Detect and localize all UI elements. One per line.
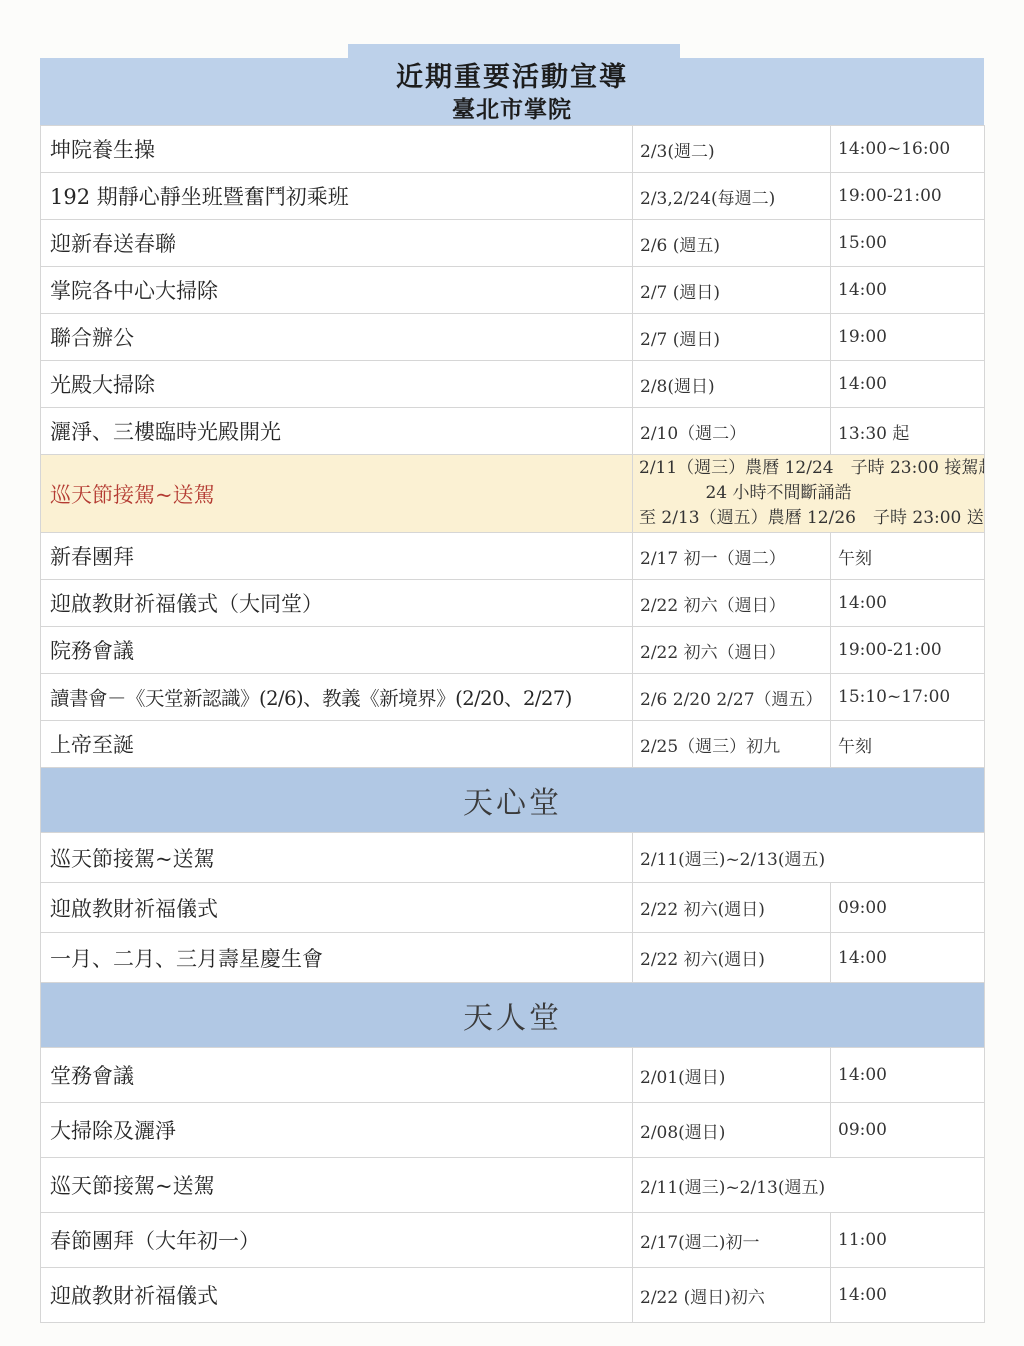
time-cell: 14:00 — [831, 1048, 985, 1103]
page-header: 近期重要活動宣導 臺北市掌院 — [40, 58, 984, 125]
event-cell: 巡天節接駕~送駕 — [41, 833, 633, 883]
event-cell: 坤院養生操 — [41, 126, 633, 173]
event-cell: 讀書會－《天堂新認識》(2/6)、教義《新境界》(2/20、2/27) — [41, 674, 633, 721]
table-row: 一月、二月、三月壽星慶生會2/22 初六(週日)14:00 — [41, 933, 985, 983]
event-cell: 光殿大掃除 — [41, 361, 633, 408]
time-cell: 14:00 — [831, 267, 985, 314]
date-cell: 2/7 (週日) — [633, 267, 831, 314]
date-cell: 2/01(週日) — [633, 1048, 831, 1103]
date-cell: 2/22 初六(週日) — [633, 933, 831, 983]
event-cell: 上帝至誕 — [41, 721, 633, 768]
date-cell: 2/08(週日) — [633, 1103, 831, 1158]
date-cell: 2/17 初一（週二） — [633, 533, 831, 580]
table-row: 192 期靜心靜坐班暨奮鬥初乘班2/3,2/24(每週二)19:00-21:00 — [41, 173, 985, 220]
table-row: 迎新春送春聯2/6 (週五)15:00 — [41, 220, 985, 267]
table-row: 新春團拜2/17 初一（週二）午刻 — [41, 533, 985, 580]
page-subtitle: 臺北市掌院 — [40, 96, 984, 123]
date-cell: 2/6 2/20 2/27（週五） — [633, 674, 831, 721]
date-cell: 2/7 (週日) — [633, 314, 831, 361]
event-cell: 巡天節接駕~送駕 — [41, 455, 633, 533]
date-cell: 2/3,2/24(每週二) — [633, 173, 831, 220]
detail-line: 至 2/13（週五）農曆 12/26 子時 23:00 送駕 — [634, 506, 983, 531]
date-cell: 2/10（週二） — [633, 408, 831, 455]
event-cell: 大掃除及灑淨 — [41, 1103, 633, 1158]
table-row: 迎啟教財祈福儀式2/22 初六(週日)09:00 — [41, 883, 985, 933]
table-row: 讀書會－《天堂新認識》(2/6)、教義《新境界》(2/20、2/27)2/6 2… — [41, 674, 985, 721]
time-cell: 09:00 — [831, 883, 985, 933]
time-cell: 19:00-21:00 — [831, 627, 985, 674]
table-row: 光殿大掃除2/8(週日)14:00 — [41, 361, 985, 408]
time-cell: 13:30 起 — [831, 408, 985, 455]
time-cell: 14:00~16:00 — [831, 126, 985, 173]
date-cell: 2/6 (週五) — [633, 220, 831, 267]
event-cell: 灑淨、三樓臨時光殿開光 — [41, 408, 633, 455]
time-cell: 19:00-21:00 — [831, 173, 985, 220]
time-cell: 09:00 — [831, 1103, 985, 1158]
schedule-sheet: 近期重要活動宣導 臺北市掌院 坤院養生操2/3(週二)14:00~16:0019… — [0, 0, 1024, 1346]
date-cell: 2/17(週二)初一 — [633, 1213, 831, 1268]
schedule-table-body: 坤院養生操2/3(週二)14:00~16:00192 期靜心靜坐班暨奮鬥初乘班2… — [41, 126, 985, 1323]
table-row: 巡天節接駕~送駕2/11(週三)~2/13(週五) — [41, 1158, 985, 1213]
section-header-row: 天人堂 — [41, 983, 985, 1048]
table-row: 聯合辦公2/7 (週日)19:00 — [41, 314, 985, 361]
table-row: 院務會議2/22 初六（週日）19:00-21:00 — [41, 627, 985, 674]
table-row: 堂務會議2/01(週日)14:00 — [41, 1048, 985, 1103]
table-row: 春節團拜（大年初一）2/17(週二)初一11:00 — [41, 1213, 985, 1268]
event-cell: 192 期靜心靜坐班暨奮鬥初乘班 — [41, 173, 633, 220]
table-row: 迎啟教財祈福儀式2/22 (週日)初六14:00 — [41, 1268, 985, 1323]
table-row: 坤院養生操2/3(週二)14:00~16:00 — [41, 126, 985, 173]
detail-line: 24 小時不間斷誦誥 — [634, 481, 983, 506]
time-cell: 19:00 — [831, 314, 985, 361]
date-cell: 2/11(週三)~2/13(週五) — [633, 833, 985, 883]
date-cell: 2/22 初六（週日） — [633, 627, 831, 674]
section-header: 天心堂 — [41, 768, 985, 833]
time-cell: 午刻 — [831, 721, 985, 768]
date-cell: 2/3(週二) — [633, 126, 831, 173]
detail-line: 2/11（週三）農曆 12/24 子時 23:00 接駕起 — [634, 456, 983, 481]
time-cell: 11:00 — [831, 1213, 985, 1268]
event-cell: 掌院各中心大掃除 — [41, 267, 633, 314]
table-row: 巡天節接駕~送駕2/11(週三)~2/13(週五) — [41, 833, 985, 883]
time-cell: 15:00 — [831, 220, 985, 267]
date-cell: 2/8(週日) — [633, 361, 831, 408]
date-cell: 2/22 初六(週日) — [633, 883, 831, 933]
section-header: 天人堂 — [41, 983, 985, 1048]
event-cell: 院務會議 — [41, 627, 633, 674]
event-cell: 迎啟教財祈福儀式 — [41, 883, 633, 933]
date-cell: 2/11(週三)~2/13(週五) — [633, 1158, 985, 1213]
event-cell: 一月、二月、三月壽星慶生會 — [41, 933, 633, 983]
table-row: 巡天節接駕~送駕2/11（週三）農曆 12/24 子時 23:00 接駕起24 … — [41, 455, 985, 533]
table-row: 上帝至誕2/25（週三）初九午刻 — [41, 721, 985, 768]
event-cell: 迎啟教財祈福儀式 — [41, 1268, 633, 1323]
table-row: 迎啟教財祈福儀式（大同堂）2/22 初六（週日）14:00 — [41, 580, 985, 627]
page-title: 近期重要活動宣導 — [40, 60, 984, 96]
date-cell: 2/22 (週日)初六 — [633, 1268, 831, 1323]
event-cell: 迎啟教財祈福儀式（大同堂） — [41, 580, 633, 627]
event-cell: 迎新春送春聯 — [41, 220, 633, 267]
event-cell: 新春團拜 — [41, 533, 633, 580]
event-cell: 春節團拜（大年初一） — [41, 1213, 633, 1268]
event-cell: 巡天節接駕~送駕 — [41, 1158, 633, 1213]
date-cell: 2/22 初六（週日） — [633, 580, 831, 627]
time-cell: 14:00 — [831, 933, 985, 983]
schedule-table: 坤院養生操2/3(週二)14:00~16:00192 期靜心靜坐班暨奮鬥初乘班2… — [40, 125, 985, 1323]
event-cell: 堂務會議 — [41, 1048, 633, 1103]
section-header-row: 天心堂 — [41, 768, 985, 833]
detail-cell: 2/11（週三）農曆 12/24 子時 23:00 接駕起24 小時不間斷誦誥至… — [633, 455, 985, 533]
time-cell: 14:00 — [831, 361, 985, 408]
time-cell: 14:00 — [831, 580, 985, 627]
table-row: 大掃除及灑淨2/08(週日)09:00 — [41, 1103, 985, 1158]
table-row: 掌院各中心大掃除2/7 (週日)14:00 — [41, 267, 985, 314]
time-cell: 14:00 — [831, 1268, 985, 1323]
date-cell: 2/25（週三）初九 — [633, 721, 831, 768]
time-cell: 15:10~17:00 — [831, 674, 985, 721]
event-cell: 聯合辦公 — [41, 314, 633, 361]
table-row: 灑淨、三樓臨時光殿開光2/10（週二）13:30 起 — [41, 408, 985, 455]
time-cell: 午刻 — [831, 533, 985, 580]
